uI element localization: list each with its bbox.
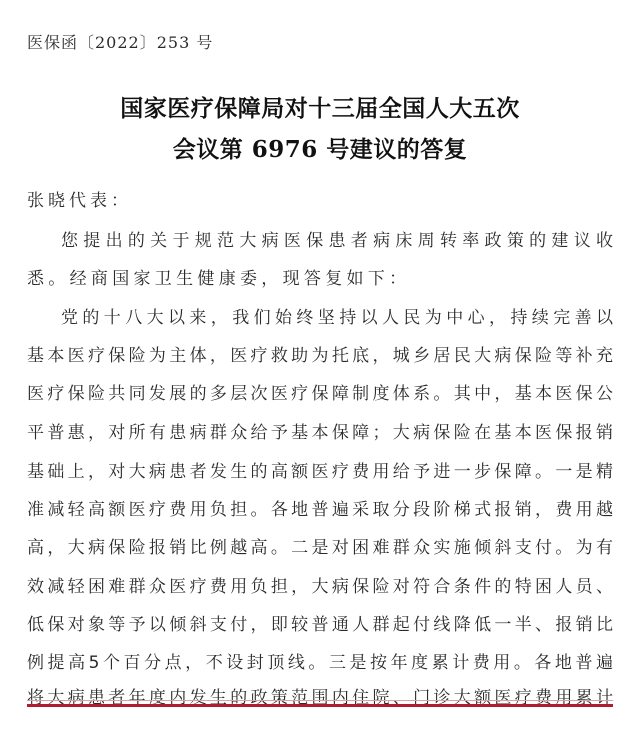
paragraph-2-line-6: 准减轻高额医疗费用负担。各地普遍采取分段阶梯式报销，费用越: [27, 495, 613, 520]
paragraph-2-line-7: 高，大病保险报销比例越高。二是对困难群众实施倾斜支付。为有: [27, 533, 613, 558]
footer-rule-thin: [27, 700, 613, 701]
salutation: 张晓代表：: [27, 186, 132, 211]
paragraph-2-line-8: 效减轻困难群众医疗费用负担，大病保险对符合条件的特困人员、: [27, 572, 613, 597]
paragraph-2-line-9: 低保对象等予以倾斜支付，即较普通人群起付线降低一半、报销比: [27, 610, 613, 635]
paragraph-1-line-2: 悉。经商国家卫生健康委，现答复如下：: [27, 264, 613, 289]
paragraph-2-line-1: 党的十八大以来，我们始终坚持以人民为中心，持续完善以: [61, 303, 613, 328]
document-number: 医保函〔2022〕253 号: [27, 30, 213, 53]
paragraph-2-line-3: 医疗保险共同发展的多层次医疗保障制度体系。其中，基本医保公: [27, 379, 613, 404]
paragraph-2-line-10: 例提高5个百分点，不设封顶线。三是按年度累计费用。各地普遍: [27, 648, 613, 673]
paragraph-1-line-1: 您提出的关于规范大病医保患者病床周转率政策的建议收: [61, 226, 613, 251]
document-title-line-1: 国家医疗保障局对十三届全国人大五次: [0, 90, 640, 123]
footer-rule-thick: [27, 704, 613, 707]
paragraph-2-line-5: 基础上，对大病患者发生的高额医疗费用给予进一步保障。一是精: [27, 457, 613, 482]
paragraph-2-line-4: 平普惠，对所有患病群众给予基本保障；大病保险在基本医保报销: [27, 418, 613, 443]
paragraph-2-line-2: 基本医疗保险为主体，医疗救助为托底，城乡居民大病保险等补充: [27, 341, 613, 366]
document-title-line-2: 会议第 6976 号建议的答复: [0, 131, 640, 164]
